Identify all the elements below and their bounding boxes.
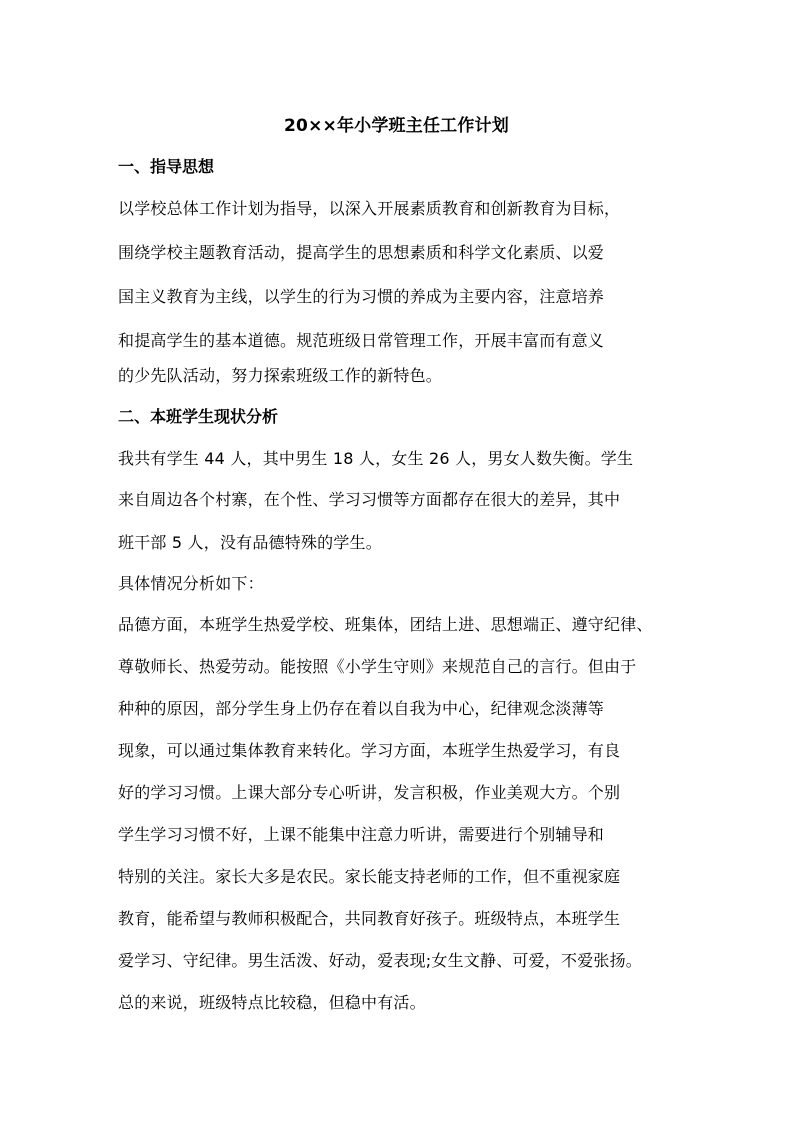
paragraph-line: 现象，可以通过集体教育来转化。学习方面，本班学生热爱学习，有良	[118, 739, 678, 763]
paragraph-line: 具体情况分析如下：	[118, 572, 678, 596]
paragraph-line: 我共有学生 44 人，其中男生 18 人，女生 26 人，男女人数失衡。学生	[118, 447, 678, 471]
paragraph-line: 来自周边各个村寨，在个性、学习习惯等方面都存在很大的差异，其中	[118, 488, 678, 512]
paragraph-line: 围绕学校主题教育活动，提高学生的思想素质和科学文化素质、以爱	[118, 241, 678, 265]
document-page: 20××年小学班主任工作计划 一、指导思想 以学校总体工作计划为指导，以深入开展…	[0, 0, 793, 1122]
paragraph-line: 尊敬师长、热爱劳动。能按照《小学生守则》来规范自己的言行。但由于	[118, 655, 678, 679]
paragraph-line: 好的学习习惯。上课大部分专心听讲，发言积极，作业美观大方。个别	[118, 781, 678, 805]
section-heading-class-analysis: 二、本班学生现状分析	[118, 405, 278, 429]
section-heading-guiding-ideology: 一、指导思想	[118, 155, 214, 179]
paragraph-line: 班干部 5 人，没有品德特殊的学生。	[118, 531, 678, 555]
paragraph-line: 的少先队活动，努力探索班级工作的新特色。	[118, 364, 678, 388]
paragraph-line: 和提高学生的基本道德。规范班级日常管理工作，开展丰富而有意义	[118, 329, 678, 353]
paragraph-line: 品德方面，本班学生热爱学校、班集体，团结上进、思想端正、遵守纪律、	[118, 613, 678, 637]
paragraph-line: 总的来说，班级特点比较稳，但稳中有活。	[118, 991, 678, 1015]
paragraph-line: 教育，能希望与教师积极配合，共同教育好孩子。班级特点，本班学生	[118, 907, 678, 931]
paragraph-line: 特别的关注。家长大多是农民。家长能支持老师的工作，但不重视家庭	[118, 865, 678, 889]
paragraph-line: 学生学习习惯不好，上课不能集中注意力听讲，需要进行个别辅导和	[118, 823, 678, 847]
paragraph-line: 种种的原因，部分学生身上仍存在着以自我为中心，纪律观念淡薄等	[118, 697, 678, 721]
paragraph-line: 以学校总体工作计划为指导，以深入开展素质教育和创新教育为目标，	[118, 197, 678, 221]
paragraph-line: 爱学习、守纪律。男生活泼、好动，爱表现;女生文静、可爱，不爱张扬。	[118, 949, 678, 973]
document-title: 20××年小学班主任工作计划	[0, 114, 793, 138]
paragraph-line: 国主义教育为主线，以学生的行为习惯的养成为主要内容，注意培养	[118, 285, 678, 309]
